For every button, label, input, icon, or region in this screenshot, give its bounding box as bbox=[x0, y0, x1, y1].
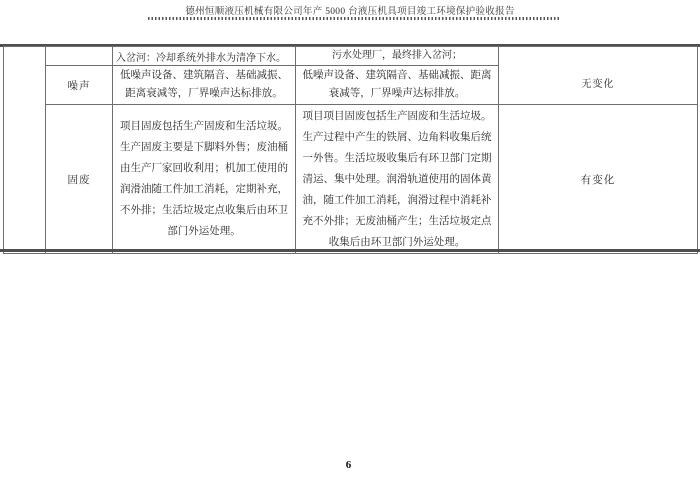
row-label-solid-waste: 固废 bbox=[46, 105, 113, 254]
header-dotted-rule bbox=[148, 17, 560, 20]
measure-reported-cell: 低噪声设备、建筑隔音、基础减振、距离衰减等，厂界噪声达标排放。 bbox=[113, 66, 296, 105]
table-row: 入岔河：冷却系统外排水为清净下水。 污水处理厂，最终排入岔河； 无变化 bbox=[4, 47, 698, 66]
row-label-cell bbox=[46, 47, 113, 66]
table-bottom-break-line bbox=[0, 249, 700, 252]
measure-reported-cell: 入岔河：冷却系统外排水为清净下水。 bbox=[113, 47, 296, 66]
document-page: 德州恒顺液压机械有限公司年产 5000 台液压机具项目竣工环境保护验收报告 入岔… bbox=[0, 0, 700, 477]
document-header-title: 德州恒顺液压机械有限公司年产 5000 台液压机具项目竣工环境保护验收报告 bbox=[0, 3, 700, 17]
environmental-measures-table: 入岔河：冷却系统外排水为清净下水。 污水处理厂，最终排入岔河； 无变化 噪声 低… bbox=[3, 46, 698, 254]
measure-actual-cell: 项目项目固废包括生产固废和生活垃圾。生产过程中产生的铁屑、边角料收集后统一外售。… bbox=[296, 105, 499, 254]
measure-actual-cell: 污水处理厂，最终排入岔河； bbox=[296, 47, 499, 66]
table-row: 固废 项目固废包括生产固废和生活垃圾。生产固废主要是下脚料外售；废油桶由生产厂家… bbox=[4, 105, 698, 254]
page-number: 6 bbox=[0, 459, 697, 471]
change-status-cell: 无变化 bbox=[499, 47, 698, 105]
category-cell-empty bbox=[4, 47, 46, 254]
measure-reported-cell: 项目固废包括生产固废和生活垃圾。生产固废主要是下脚料外售；废油桶由生产厂家回收利… bbox=[113, 105, 296, 254]
row-label-noise: 噪声 bbox=[46, 66, 113, 105]
change-status-cell: 有变化 bbox=[499, 105, 698, 254]
measure-actual-cell: 低噪声设备、建筑隔音、基础减振、距离衰减等，厂界噪声达标排放。 bbox=[296, 66, 499, 105]
